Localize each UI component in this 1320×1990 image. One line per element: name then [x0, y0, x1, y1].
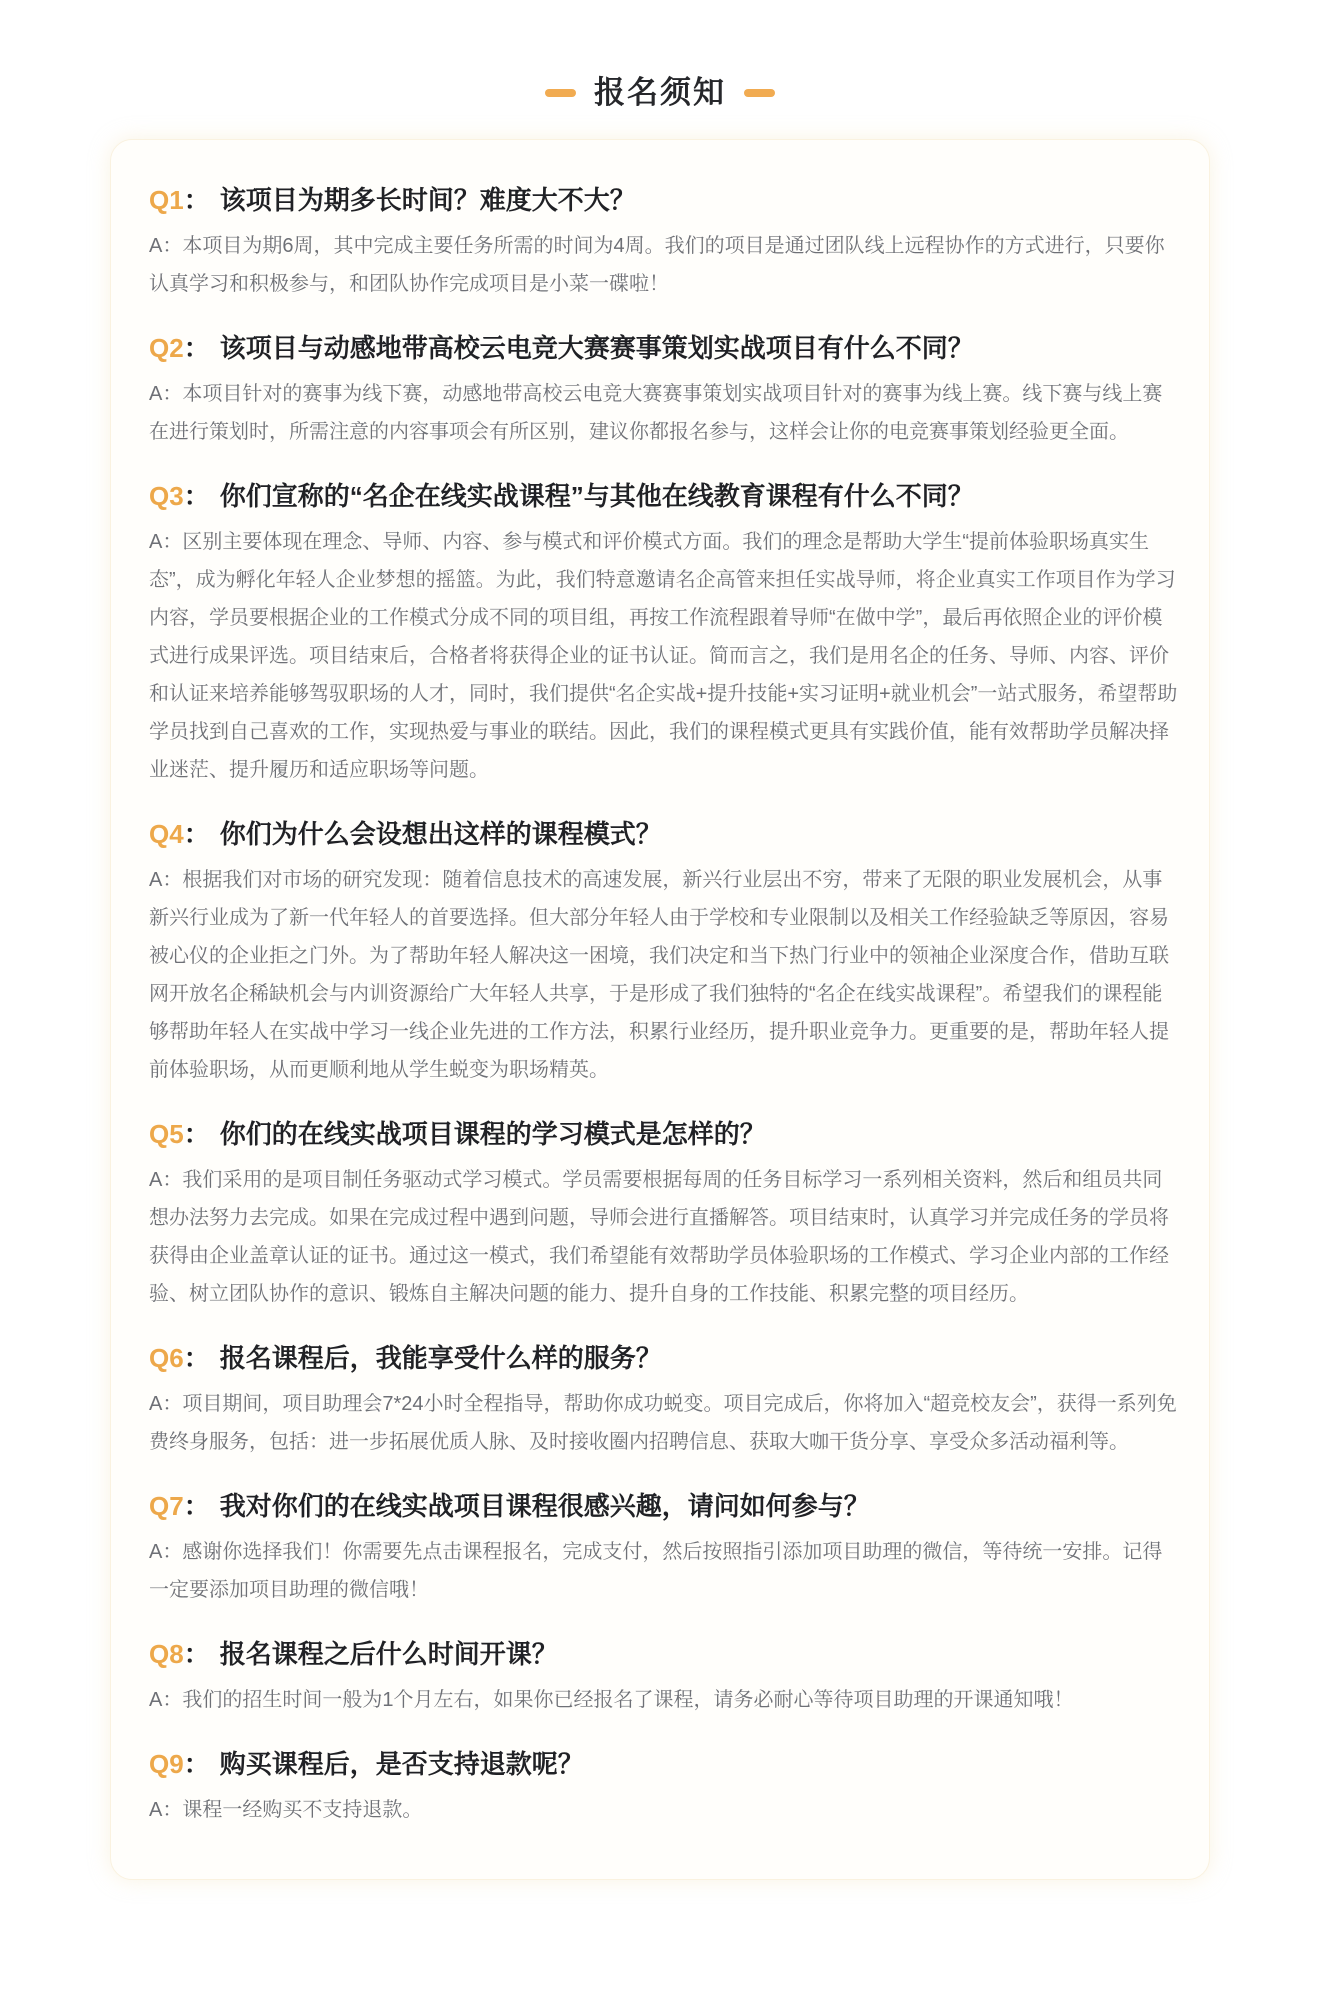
- question-text: 你们宣称的“名企在线实战课程”与其他在线教育课程有什么不同？: [220, 481, 974, 511]
- faq-answer: A：我们采用的是项目制任务驱动式学习模式。学员需要根据每周的任务目标学习一系列相…: [149, 1161, 1179, 1313]
- question-number: Q3: [149, 481, 184, 511]
- faq-item: Q6：报名课程后，我能享受什么样的服务？ A：项目期间，项目助理会7*24小时全…: [149, 1340, 1179, 1461]
- question-number: Q6: [149, 1343, 184, 1373]
- question-colon: ：: [184, 1749, 210, 1779]
- question-colon: ：: [184, 185, 210, 215]
- question-text: 我对你们的在线实战项目课程很感兴趣，请问如何参与？: [220, 1491, 870, 1521]
- faq-item: Q7：我对你们的在线实战项目课程很感兴趣，请问如何参与？ A：感谢你选择我们！你…: [149, 1488, 1179, 1609]
- faq-question: Q7：我对你们的在线实战项目课程很感兴趣，请问如何参与？: [149, 1488, 1179, 1524]
- question-colon: ：: [184, 819, 210, 849]
- question-text: 该项目为期多长时间？难度大不大？: [220, 185, 636, 215]
- faq-answer: A：本项目针对的赛事为线下赛，动感地带高校云电竞大赛赛事策划实战项目针对的赛事为…: [149, 375, 1179, 451]
- question-text: 购买课程后，是否支持退款呢？: [220, 1749, 584, 1779]
- question-number: Q5: [149, 1119, 184, 1149]
- faq-answer: A：我们的招生时间一般为1个月左右，如果你已经报名了课程，请务必耐心等待项目助理…: [149, 1681, 1179, 1719]
- faq-answer: A：课程一经购买不支持退款。: [149, 1791, 1179, 1829]
- title-dash-right-icon: [744, 89, 775, 97]
- faq-question: Q3：你们宣称的“名企在线实战课程”与其他在线教育课程有什么不同？: [149, 478, 1179, 514]
- faq-question: Q2：该项目与动感地带高校云电竞大赛赛事策划实战项目有什么不同？: [149, 330, 1179, 366]
- faq-answer: A：项目期间，项目助理会7*24小时全程指导，帮助你成功蜕变。项目完成后，你将加…: [149, 1385, 1179, 1461]
- question-colon: ：: [184, 1491, 210, 1521]
- title-dash-left-icon: [545, 89, 576, 97]
- faq-answer: A：感谢你选择我们！你需要先点击课程报名，完成支付，然后按照指引添加项目助理的微…: [149, 1533, 1179, 1609]
- faq-answer: A：区别主要体现在理念、导师、内容、参与模式和评价模式方面。我们的理念是帮助大学…: [149, 523, 1179, 789]
- faq-item: Q2：该项目与动感地带高校云电竞大赛赛事策划实战项目有什么不同？ A：本项目针对…: [149, 330, 1179, 451]
- faq-item: Q3：你们宣称的“名企在线实战课程”与其他在线教育课程有什么不同？ A：区别主要…: [149, 478, 1179, 789]
- faq-card: Q1：该项目为期多长时间？难度大不大？ A：本项目为期6周，其中完成主要任务所需…: [110, 139, 1210, 1880]
- question-colon: ：: [184, 1639, 210, 1669]
- question-number: Q7: [149, 1491, 184, 1521]
- question-text: 该项目与动感地带高校云电竞大赛赛事策划实战项目有什么不同？: [220, 333, 974, 363]
- faq-question: Q4：你们为什么会设想出这样的课程模式？: [149, 816, 1179, 852]
- faq-item: Q1：该项目为期多长时间？难度大不大？ A：本项目为期6周，其中完成主要任务所需…: [149, 182, 1179, 303]
- faq-question: Q8：报名课程之后什么时间开课？: [149, 1636, 1179, 1672]
- faq-answer: A：本项目为期6周，其中完成主要任务所需的时间为4周。我们的项目是通过团队线上远…: [149, 227, 1179, 303]
- question-text: 你们的在线实战项目课程的学习模式是怎样的？: [220, 1119, 766, 1149]
- question-number: Q4: [149, 819, 184, 849]
- faq-item: Q4：你们为什么会设想出这样的课程模式？ A：根据我们对市场的研究发现：随着信息…: [149, 816, 1179, 1089]
- faq-question: Q6：报名课程后，我能享受什么样的服务？: [149, 1340, 1179, 1376]
- question-text: 报名课程后，我能享受什么样的服务？: [220, 1343, 662, 1373]
- question-text: 你们为什么会设想出这样的课程模式？: [220, 819, 662, 849]
- question-colon: ：: [184, 333, 210, 363]
- page: 报名须知 Q1：该项目为期多长时间？难度大不大？ A：本项目为期6周，其中完成主…: [0, 0, 1320, 1990]
- faq-item: Q5：你们的在线实战项目课程的学习模式是怎样的？ A：我们采用的是项目制任务驱动…: [149, 1116, 1179, 1313]
- faq-question: Q9：购买课程后，是否支持退款呢？: [149, 1746, 1179, 1782]
- question-colon: ：: [184, 481, 210, 511]
- faq-answer: A：根据我们对市场的研究发现：随着信息技术的高速发展，新兴行业层出不穷，带来了无…: [149, 861, 1179, 1089]
- question-number: Q2: [149, 333, 184, 363]
- question-number: Q9: [149, 1749, 184, 1779]
- faq-item: Q8：报名课程之后什么时间开课？ A：我们的招生时间一般为1个月左右，如果你已经…: [149, 1636, 1179, 1719]
- faq-item: Q9：购买课程后，是否支持退款呢？ A：课程一经购买不支持退款。: [149, 1746, 1179, 1829]
- question-number: Q8: [149, 1639, 184, 1669]
- page-title: 报名须知: [594, 74, 726, 111]
- question-colon: ：: [184, 1119, 210, 1149]
- question-number: Q1: [149, 185, 184, 215]
- question-colon: ：: [184, 1343, 210, 1373]
- faq-question: Q5：你们的在线实战项目课程的学习模式是怎样的？: [149, 1116, 1179, 1152]
- question-text: 报名课程之后什么时间开课？: [220, 1639, 558, 1669]
- faq-question: Q1：该项目为期多长时间？难度大不大？: [149, 182, 1179, 218]
- section-title-row: 报名须知: [0, 0, 1320, 111]
